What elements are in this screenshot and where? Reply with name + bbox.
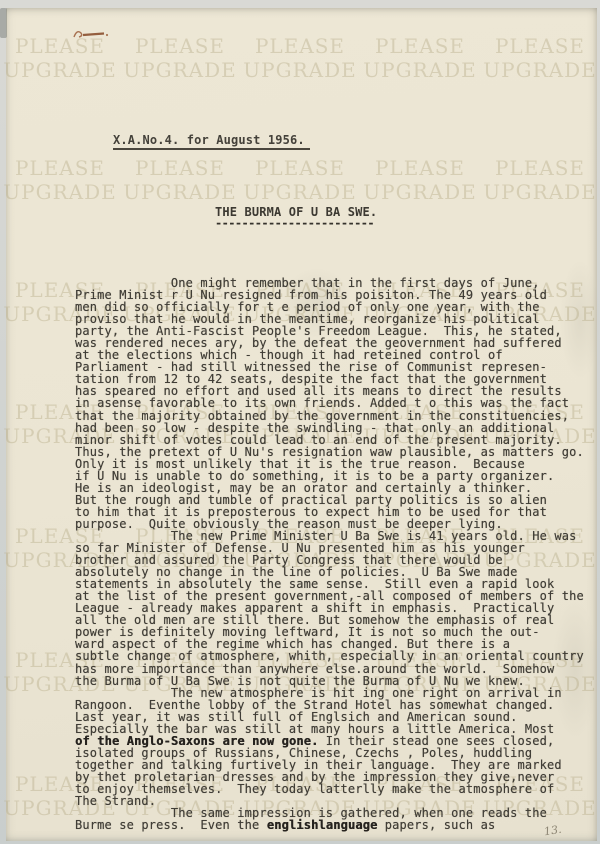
body-text-part3: papers, such as bbox=[377, 818, 495, 832]
body-overtyped-english-language: englishlanguage bbox=[267, 818, 378, 832]
pen-scribble-mark bbox=[68, 26, 114, 46]
document-content: X.A.No.4. for August 1956. THE BURMA OF … bbox=[0, 0, 600, 844]
document-body: One might remember that in the first day… bbox=[75, 277, 598, 835]
document-title-block: THE BURMA OF U BA SWE. -----------------… bbox=[215, 206, 377, 228]
title-underline: ------------------------ bbox=[215, 219, 377, 228]
document-reference: X.A.No.4. for August 1956. bbox=[113, 133, 310, 150]
scanned-page: PLEASEUPGRADEPLEASEUPGRADEPLEASEUPGRADEP… bbox=[0, 0, 600, 844]
body-text-part1: One might remember that in the first day… bbox=[75, 277, 584, 736]
page-number: 13. bbox=[543, 823, 562, 839]
